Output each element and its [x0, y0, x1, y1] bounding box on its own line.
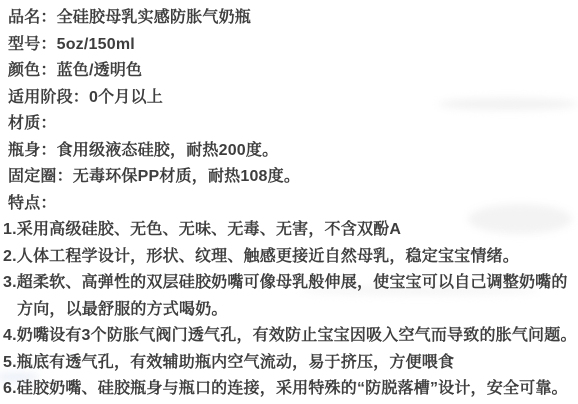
model-line: 型号：5oz/150ml — [0, 32, 578, 59]
feature-item-4: 4.奶嘴设有3个防胀气阀门透气孔，有效防止宝宝因吸入空气而导致的胀气问题。 — [0, 323, 578, 350]
feature-item-3: 3.超柔软、高弹性的双层硅胶奶嘴可像母乳般伸展，使宝宝可以自己调整奶嘴的 — [0, 270, 578, 297]
color-line: 颜色：蓝色/透明色 — [0, 58, 578, 85]
material-heading: 材质： — [0, 111, 578, 138]
feature-item-2: 2.人体工程学设计，形状、纹理、触感更接近自然母乳，稳定宝宝情绪。 — [0, 244, 578, 271]
feature-item-5: 5.瓶底有透气孔，有效辅助瓶内空气流动，易于挤压，方便喂食 — [0, 350, 578, 377]
feature-item-6: 6.硅胶奶嘴、硅胶瓶身与瓶口的连接，采用特殊的“防脱落槽”设计，安全可靠。 — [0, 376, 578, 403]
product-name-line: 品名：全硅胶母乳实感防胀气奶瓶 — [0, 5, 578, 32]
age-range-line: 适用阶段：0个月以上 — [0, 85, 578, 112]
bottle-body-line: 瓶身：食用级液态硅胶，耐热200度。 — [0, 138, 578, 165]
product-description-document: 品名：全硅胶母乳实感防胀气奶瓶 型号：5oz/150ml 颜色：蓝色/透明色 适… — [0, 0, 578, 404]
fixing-ring-line: 固定圈：无毒环保PP材质，耐热108度。 — [0, 164, 578, 191]
features-heading: 特点： — [0, 191, 578, 218]
feature-item-1: 1.采用高级硅胶、无色、无味、无毒、无害，不含双酚A — [0, 217, 578, 244]
feature-item-3-continued: 方向，以最舒服的方式喝奶。 — [0, 297, 578, 324]
